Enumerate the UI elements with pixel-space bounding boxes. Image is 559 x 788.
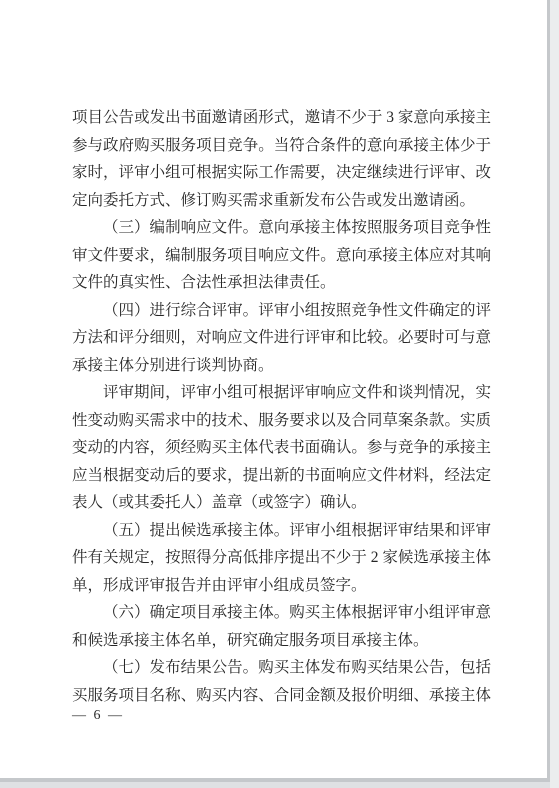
text-line: 承接主体分别进行谈判协商。: [72, 352, 491, 380]
text-line: 文件的真实性、合法性承担法律责任。: [72, 269, 491, 297]
text-line: （六）确定项目承接主体。购买主体根据评审小组评审意见: [72, 599, 491, 627]
text-line: 性变动购买需求中的技术、服务要求以及合同草案条款。实质性: [72, 407, 491, 435]
text-line: 审文件要求，编制服务项目响应文件。意向承接主体应对其响应: [72, 242, 491, 270]
text-line: （四）进行综合评审。评审小组按照竞争性文件确定的评审: [72, 297, 491, 325]
text-line: 方法和评分细则，对响应文件进行评审和比较。必要时可与意向: [72, 324, 491, 352]
text-line: 评审期间，评审小组可根据评审响应文件和谈判情况，实质: [72, 379, 491, 407]
text-line: 变动的内容，须经购买主体代表书面确认。参与竞争的承接主体: [72, 434, 491, 462]
text-line: 定向委托方式、修订购买需求重新发布公告或发出邀请函。: [72, 187, 491, 215]
text-line: 参与政府购买服务项目竞争。当符合条件的意向承接主体少于 3: [72, 132, 491, 160]
page-bottom-outer-area: [0, 782, 550, 788]
text-line: 件有关规定，按照得分高低排序提出不少于 2 家候选承接主体名: [72, 544, 491, 572]
text-line: （五）提出候选承接主体。评审小组根据评审结果和评审文: [72, 517, 491, 545]
page-right-outer-area: [550, 0, 559, 788]
text-line: 项目公告或发出书面邀请函形式，邀请不少于 3 家意向承接主体: [72, 104, 491, 132]
text-line: 应当根据变动后的要求，提出新的书面响应文件材料，经法定代: [72, 462, 491, 490]
text-line: （七）发布结果公告。购买主体发布购买结果公告，包括购: [72, 654, 491, 682]
text-line: 买服务项目名称、购买内容、合同金额及报价明细、承接主体名: [72, 682, 491, 710]
body-text: 项目公告或发出书面邀请函形式，邀请不少于 3 家意向承接主体 参与政府购买服务项…: [72, 104, 491, 709]
text-line: 单，形成评审报告并由评审小组成员签字。: [72, 572, 491, 600]
text-line: 表人（或其委托人）盖章（或签字）确认。: [72, 489, 491, 517]
text-line: 家时，评审小组可根据实际工作需要，决定继续进行评审、改为: [72, 159, 491, 187]
text-line: 和候选承接主体名单，研究确定服务项目承接主体。: [72, 627, 491, 655]
page-number: — 6 —: [72, 708, 124, 724]
text-line: （三）编制响应文件。意向承接主体按照服务项目竞争性评: [72, 214, 491, 242]
document-page: 项目公告或发出书面邀请函形式，邀请不少于 3 家意向承接主体 参与政府购买服务项…: [0, 0, 547, 778]
